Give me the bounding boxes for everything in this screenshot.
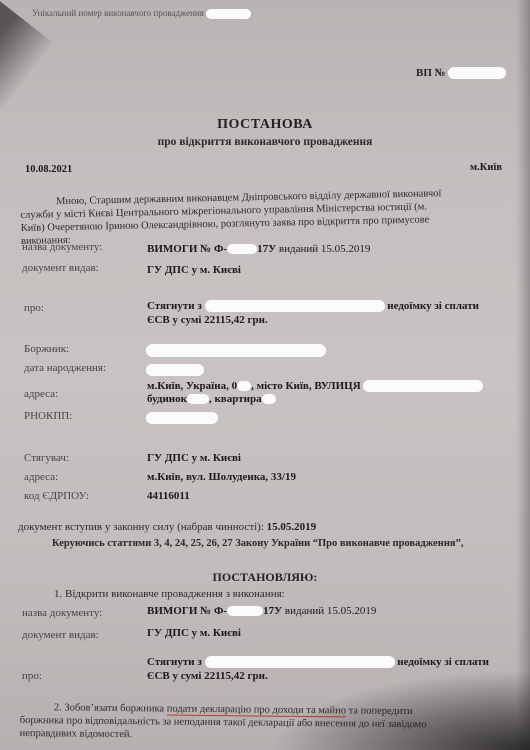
- vp-number-line: ВП №: [416, 67, 506, 79]
- redacted-doc-number: [227, 244, 257, 254]
- redacted-rnokpp: [146, 412, 218, 424]
- doc-name-label-2: назва документу:: [22, 607, 102, 619]
- debtor-address-line-2: будинок, квартира: [147, 393, 276, 405]
- issued-by-value-2: ГУ ДПС у м. Києві: [147, 627, 241, 639]
- case-number-line: Унікальний номер виконавчого провадження: [32, 8, 251, 19]
- creditor-address-value: м.Київ, вул. Шолуденка, 33/19: [147, 471, 296, 483]
- about-line-2: ЄСВ у сумі 22115,42 грн.: [147, 314, 268, 326]
- document-date: 10.08.2021: [25, 164, 72, 175]
- redacted-vp-number: [448, 67, 506, 79]
- document-title: ПОСТАНОВА: [0, 117, 530, 133]
- redacted-debtor-name: [205, 300, 385, 312]
- case-number-label: Унікальний номер виконавчого провадження: [32, 8, 204, 18]
- redacted-doc-number-2: [227, 606, 263, 616]
- about-label-2: про:: [22, 670, 42, 682]
- law-reference: Керуючись статтями 3, 4, 24, 25, 26, 27 …: [52, 537, 463, 550]
- rnokpp-label: РНОКПП:: [24, 410, 72, 422]
- edrpou-value: 44116011: [147, 490, 190, 502]
- photo-shadow-bottom: [270, 670, 530, 750]
- creditor-address-label: адреса:: [24, 471, 58, 483]
- doc-name-value: ВИМОГИ № Ф-17У виданий 15.05.2019: [147, 243, 370, 255]
- creditor-label: Стягувач:: [24, 452, 69, 464]
- redacted-case-number: [206, 9, 251, 19]
- about-label: про:: [24, 302, 44, 314]
- resolve-heading: ПОСТАНОВЛЯЮ:: [0, 570, 530, 585]
- document-city: м.Київ: [470, 162, 502, 173]
- edrpou-label: код ЄДРПОУ:: [24, 490, 89, 502]
- issued-by-value: ГУ ДПС у м. Києві: [147, 264, 241, 276]
- redacted-postcode: [237, 381, 251, 391]
- birthdate-label: дата народження:: [24, 362, 106, 374]
- redacted-house: [187, 394, 209, 404]
- about-line-1-2: Стягнути з недоїмку зі сплати: [147, 656, 489, 668]
- creditor-value: ГУ ДПС у м. Києві: [147, 452, 241, 464]
- doc-name-value-2: ВИМОГИ № Ф-17У виданий 15.05.2019: [147, 605, 376, 617]
- photo-shadow-edge: [516, 0, 530, 750]
- redacted-street: [363, 380, 483, 392]
- effective-date-line: документ вступив у законну силу (набрав …: [18, 521, 316, 534]
- about-line-1: Стягнути з недоїмку зі сплати: [147, 300, 479, 312]
- intro-paragraph: Мною, Старшим державним виконавцем Дніпр…: [20, 186, 511, 248]
- doc-name-label: назва документу:: [22, 241, 102, 253]
- resolution-1: 1. Відкрити виконавче провадження з вико…: [54, 588, 285, 601]
- redacted-debtor-name-2: [205, 656, 395, 668]
- redacted-apartment: [262, 394, 276, 404]
- redacted-birthdate: [146, 364, 204, 376]
- debtor-address-label: адреса:: [24, 388, 58, 400]
- about-line-2-2: ЄСВ у сумі 22115,42 грн.: [147, 670, 268, 682]
- issued-by-label-2: документ видав:: [22, 629, 99, 641]
- redacted-debtor: [146, 344, 326, 357]
- document-subtitle: про відкриття виконавчого провадження: [0, 136, 530, 148]
- debtor-address-line-1: м.Київ, Україна, 0, місто Київ, ВУЛИЦЯ: [147, 380, 483, 392]
- debtor-label: Боржник:: [24, 343, 69, 355]
- issued-by-label: документ видав:: [22, 262, 99, 274]
- vp-label: ВП №: [416, 67, 446, 79]
